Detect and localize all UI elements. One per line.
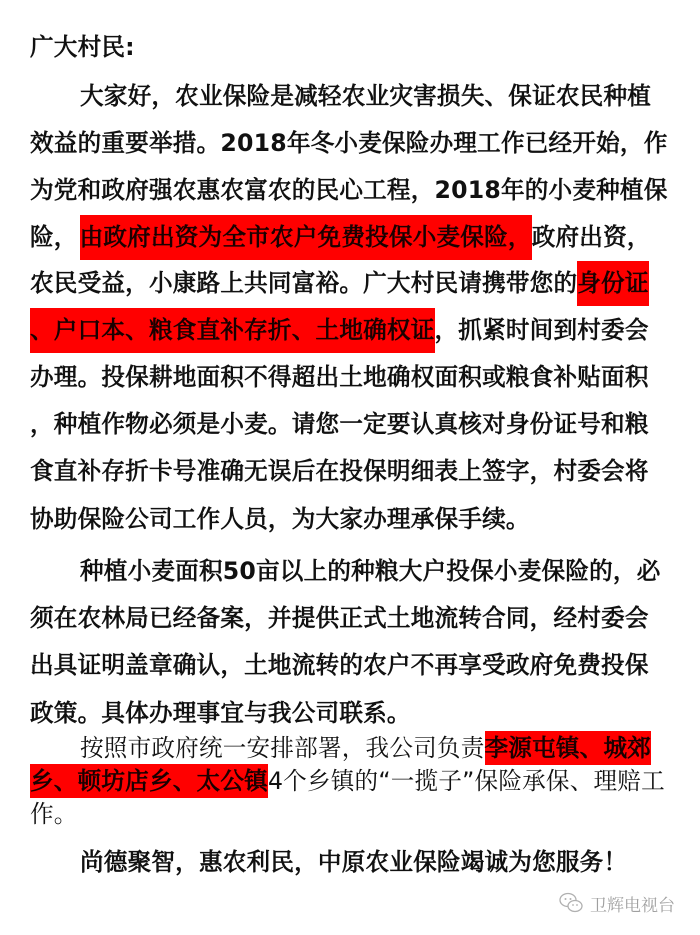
text: 4个乡镇的“一揽子”保险承保、理赔工 <box>268 767 665 795</box>
text: 险， <box>30 223 78 251</box>
paragraph-2-line-3: 出具证明盖章确认，土地流转的农户不再享受政府免费投保 <box>30 650 675 680</box>
paragraph-1-line-10: 协助保险公司工作人员，为大家办理承保手续。 <box>30 504 675 534</box>
text: 农民受益，小康路上共同富裕。广大村民请携带您的 <box>30 269 577 297</box>
notice-document: 广大村民: 大家好，农业保险是减轻农业灾害损失、保证农民种植 效益的重要举措。2… <box>0 0 700 935</box>
paragraph-1-line-5: 农民受益，小康路上共同富裕。广大村民请携带您的身份证 <box>30 268 675 298</box>
paragraph-1-line-8: ，种植作物必须是小麦。请您一定要认真核对身份证号和粮 <box>30 409 675 439</box>
closing-slogan: 尚德聚智，惠农利民，中原农业保险竭诚为您服务！ <box>80 847 675 877</box>
highlight-required-documents: 、户口本、粮食直补存折、土地确权证 <box>30 308 435 353</box>
watermark-text: 卫辉电视台 <box>590 891 675 916</box>
highlight-id-card: 身份证 <box>577 261 648 306</box>
highlight-free-insurance: 由政府出资为全市农户免费投保小麦保险， <box>80 215 532 260</box>
paragraph-3-line-1: 按照市政府统一安排部署，我公司负责李源屯镇、城郊 <box>80 733 675 763</box>
paragraph-1-line-4: 险，由政府出资为全市农户免费投保小麦保险，政府出资， <box>30 222 675 252</box>
text: 按照市政府统一安排部署，我公司负责 <box>80 734 485 762</box>
paragraph-1-line-7: 办理。投保耕地面积不得超出土地确权面积或粮食补贴面积 <box>30 362 675 392</box>
paragraph-1-line-6: 、户口本、粮食直补存折、土地确权证，抓紧时间到村委会 <box>30 315 675 345</box>
text: ，抓紧时间到村委会 <box>435 316 649 344</box>
highlight-towns-1: 李源屯镇、城郊 <box>485 731 652 765</box>
salutation: 广大村民: <box>30 32 675 62</box>
paragraph-2-line-1: 种植小麦面积50亩以上的种粮大户投保小麦保险的，必 <box>80 556 675 586</box>
paragraph-3-line-2: 乡、顿坊店乡、太公镇4个乡镇的“一揽子”保险承保、理赔工 <box>30 766 675 796</box>
watermark: 卫辉电视台 <box>558 890 675 916</box>
paragraph-2-line-2: 须在农林局已经备案，并提供正式土地流转合同，经村委会 <box>30 603 675 633</box>
wechat-icon <box>558 891 584 915</box>
highlight-towns-2: 乡、顿坊店乡、太公镇 <box>30 764 268 798</box>
paragraph-1-line-1: 大家好，农业保险是减轻农业灾害损失、保证农民种植 <box>80 81 675 111</box>
paragraph-1-line-9: 食直补存折卡号准确无误后在投保明细表上签字，村委会将 <box>30 456 675 486</box>
text: 政府出资， <box>532 223 651 251</box>
paragraph-3-line-3: 作。 <box>30 799 675 829</box>
paragraph-1-line-3: 为党和政府强农惠农富农的民心工程，2018年的小麦种植保 <box>30 175 675 205</box>
paragraph-2-line-4: 政策。具体办理事宜与我公司联系。 <box>30 698 675 728</box>
paragraph-1-line-2: 效益的重要举措。2018年冬小麦保险办理工作已经开始，作 <box>30 128 675 158</box>
